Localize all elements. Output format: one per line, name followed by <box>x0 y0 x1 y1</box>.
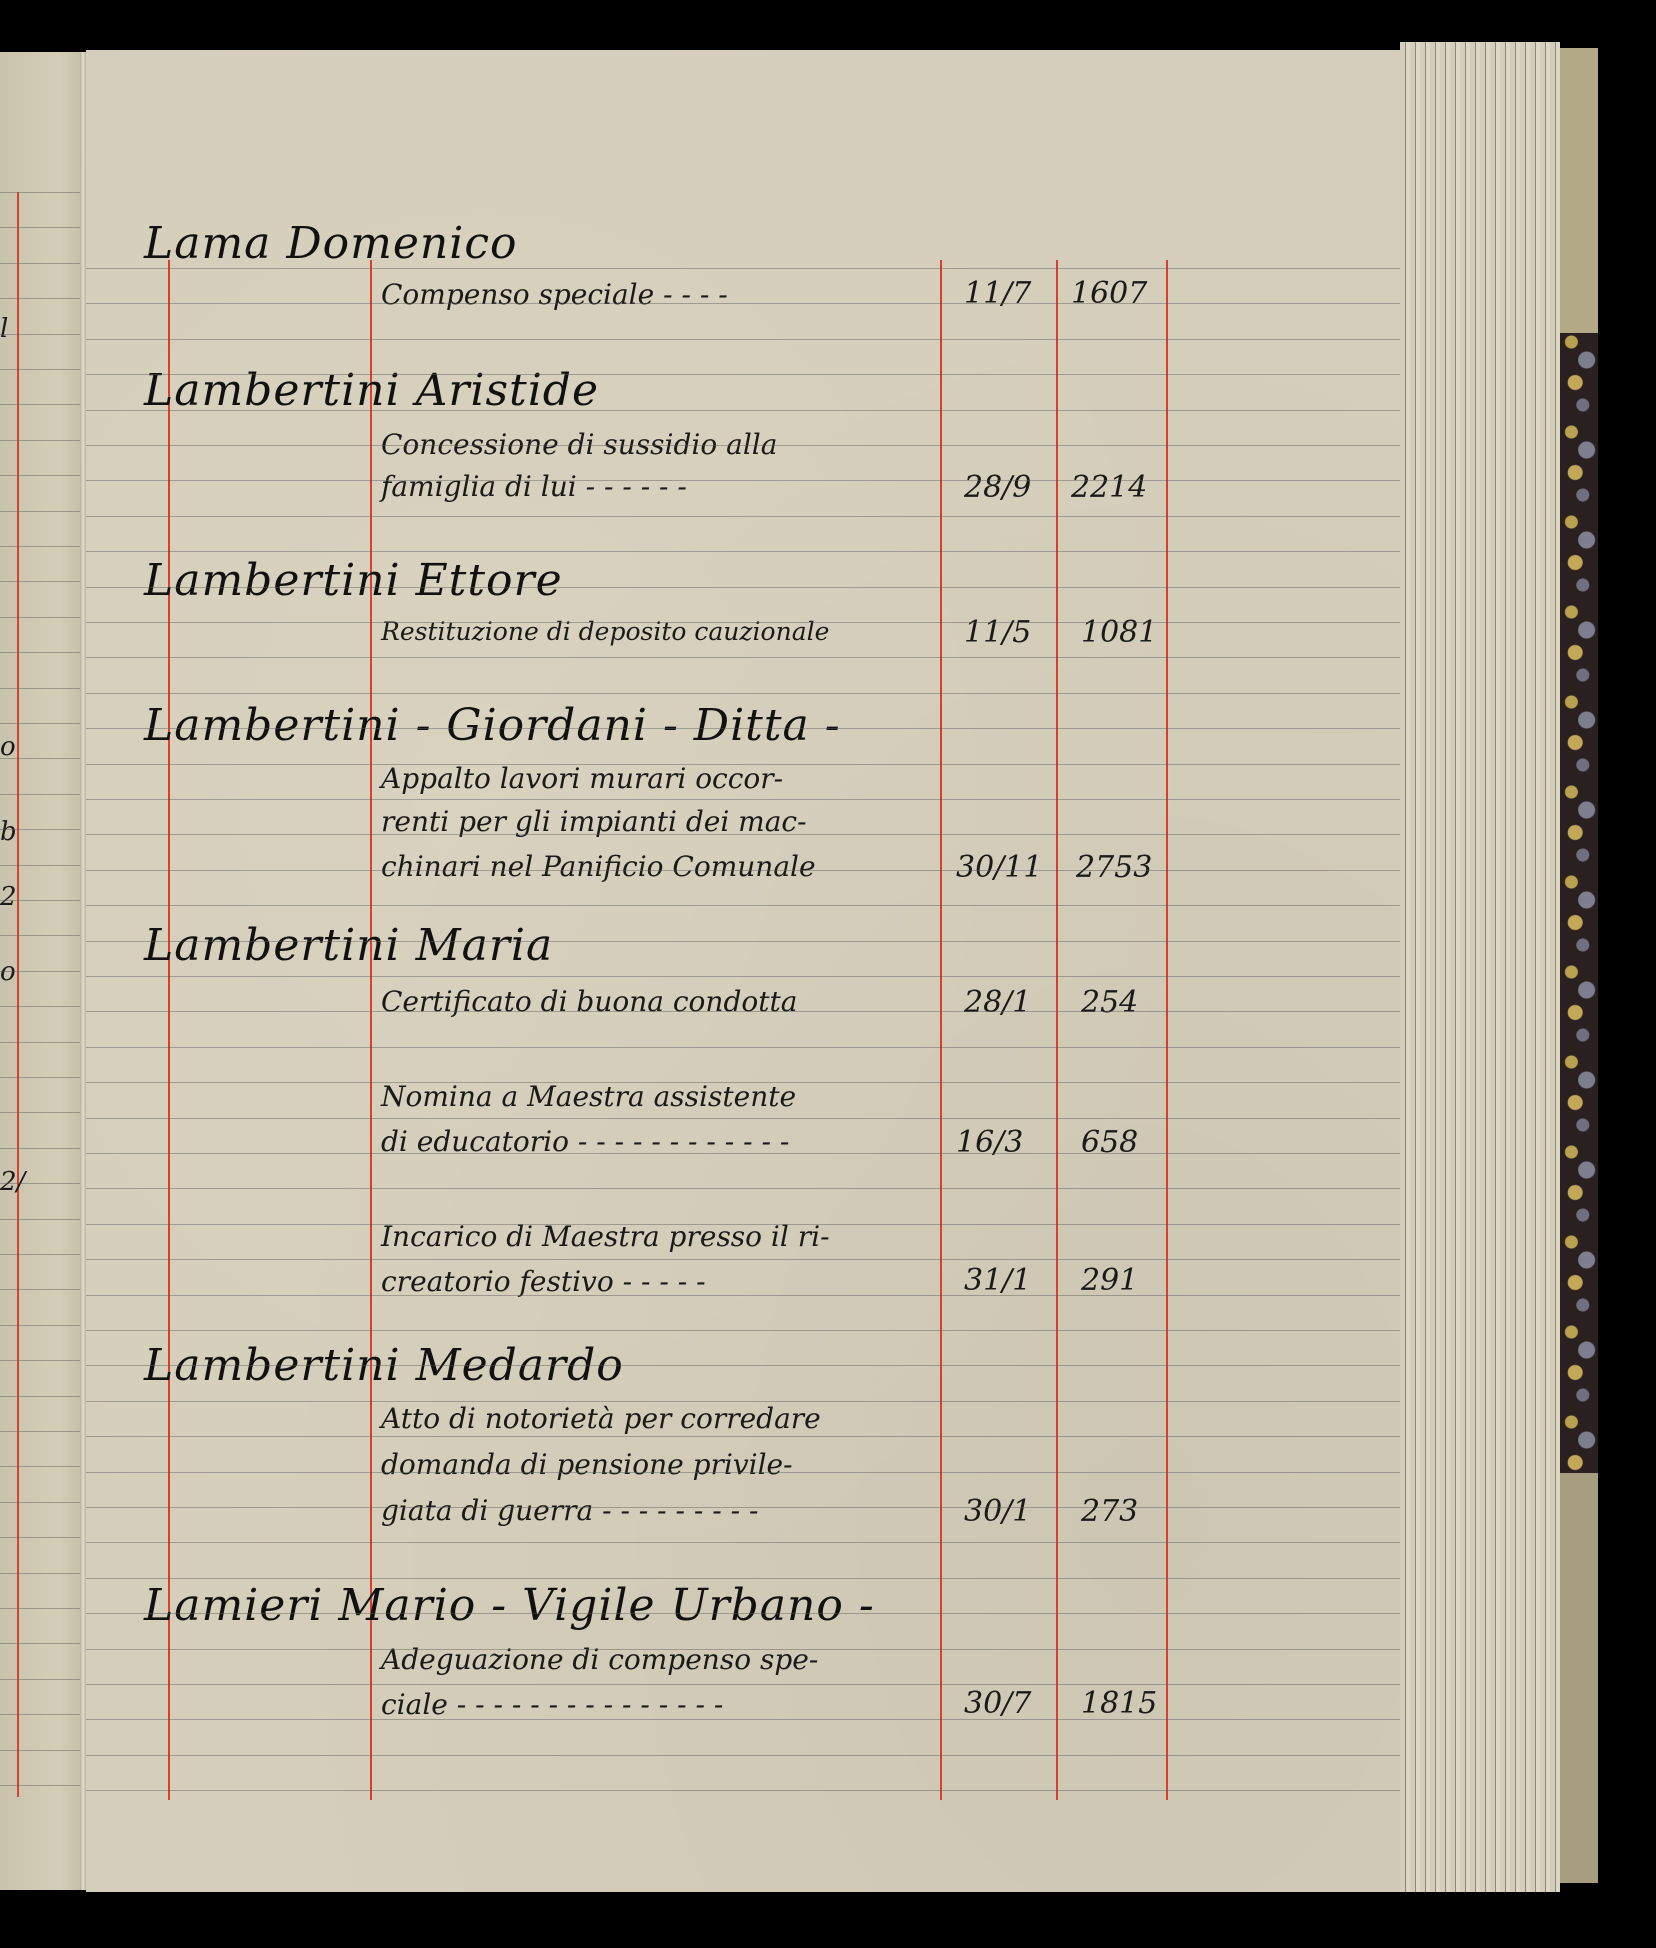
ruled-line <box>86 1188 1406 1189</box>
ruled-line <box>0 440 84 441</box>
ruled-line <box>0 263 84 264</box>
ruled-line <box>0 404 84 405</box>
entry-description: famiglia di lui - - - - - - <box>381 470 687 503</box>
ruled-line <box>86 622 1406 623</box>
ruled-line <box>86 1684 1406 1685</box>
cover-corner-bottom <box>1560 1473 1598 1883</box>
entry-number: 658 <box>1081 1125 1138 1160</box>
ruled-line <box>0 334 84 335</box>
ruled-line <box>86 445 1406 446</box>
entry-name: Lamieri Mario - Vigile Urbano - <box>144 1580 875 1631</box>
ruled-line <box>0 1148 84 1149</box>
entry-description: Nomina a Maestra assistente <box>381 1080 796 1113</box>
ruled-line <box>0 617 84 618</box>
entry-description: giata di guerra - - - - - - - - - <box>381 1494 758 1527</box>
ruled-line <box>86 657 1406 658</box>
page-stack-edges <box>1400 42 1560 1892</box>
ruled-line <box>86 516 1406 517</box>
entry-description: creatorio festivo - - - - - <box>381 1265 706 1298</box>
ruled-line <box>0 723 84 724</box>
ruled-line <box>0 192 84 193</box>
ruled-line <box>0 935 84 936</box>
entry-description: Compenso speciale - - - - <box>381 278 728 311</box>
ruled-line <box>86 339 1406 340</box>
ruled-line <box>0 1360 84 1361</box>
ruled-line <box>0 829 84 830</box>
entry-number: 291 <box>1081 1263 1138 1298</box>
ruled-line <box>0 652 84 653</box>
ruled-line <box>0 1254 84 1255</box>
ruled-line <box>0 900 84 901</box>
ruled-line <box>86 268 1406 269</box>
entry-name: Lambertini Maria <box>144 920 553 971</box>
entry-date: 30/11 <box>956 850 1042 885</box>
ruled-line <box>0 1289 84 1290</box>
entry-description: Appalto lavori murari occor- <box>381 762 783 795</box>
ruled-line <box>0 1537 84 1538</box>
ruled-line <box>86 728 1406 729</box>
ruled-line <box>86 1719 1406 1720</box>
cover-corner-top <box>1560 48 1598 333</box>
entry-description: Adeguazione di compenso spe- <box>381 1643 818 1676</box>
ruled-line <box>0 1679 84 1680</box>
ruled-line <box>86 693 1406 694</box>
ruled-line <box>0 794 84 795</box>
ruled-line <box>86 303 1406 304</box>
ruled-line <box>0 1112 84 1113</box>
ruled-line <box>86 1365 1406 1366</box>
ruled-line <box>86 1295 1406 1296</box>
ruled-line <box>86 1613 1406 1614</box>
left-page: l o b 2 o 2/ <box>0 52 84 1890</box>
ruled-line <box>86 1118 1406 1119</box>
left-page-mark: 2 <box>0 882 17 912</box>
ruled-line <box>86 941 1406 942</box>
ruled-line <box>86 976 1406 977</box>
left-page-mark: o <box>0 957 16 987</box>
ruled-line <box>86 1790 1406 1791</box>
ruled-line <box>0 758 84 759</box>
entry-number: 2214 <box>1071 470 1147 505</box>
entry-date: 28/1 <box>964 985 1031 1020</box>
column-rule-description <box>370 260 372 1800</box>
ruled-line <box>0 475 84 476</box>
ruled-line <box>0 1219 84 1220</box>
entry-name: Lambertini - Giordani - Ditta - <box>144 700 841 751</box>
ruled-line <box>86 1047 1406 1048</box>
ruled-line <box>86 1259 1406 1260</box>
entry-description: ciale - - - - - - - - - - - - - - - <box>381 1688 723 1721</box>
ruled-line <box>0 1077 84 1078</box>
ruled-line <box>0 1325 84 1326</box>
ruled-line <box>86 1436 1406 1437</box>
ruled-line <box>0 1183 84 1184</box>
ruled-line <box>86 905 1406 906</box>
ruled-line <box>86 1011 1406 1012</box>
ruled-line <box>0 227 84 228</box>
entry-date: 30/7 <box>964 1686 1031 1721</box>
entry-name: Lambertini Ettore <box>144 555 563 606</box>
entry-name: Lama Domenico <box>144 218 517 269</box>
ruled-line <box>0 511 84 512</box>
left-page-mark: l <box>0 314 8 344</box>
ruled-line <box>0 1785 84 1786</box>
ruled-line <box>0 865 84 866</box>
ruled-line <box>86 480 1406 481</box>
entry-number: 273 <box>1081 1494 1138 1529</box>
ruled-line <box>86 1330 1406 1331</box>
ruled-line <box>0 1042 84 1043</box>
ruled-line <box>0 1573 84 1574</box>
ruled-line <box>86 870 1406 871</box>
ruled-line <box>86 1507 1406 1508</box>
entry-date: 16/3 <box>956 1125 1023 1160</box>
ruled-line <box>0 1502 84 1503</box>
entry-number: 1607 <box>1071 276 1147 311</box>
column-rule-date <box>940 260 942 1800</box>
left-page-mark: b <box>0 817 17 847</box>
marbled-cover <box>1560 333 1598 1473</box>
ruled-line <box>86 1578 1406 1579</box>
entry-description: Certificato di buona condotta <box>381 985 797 1018</box>
ruled-line <box>86 587 1406 588</box>
ruled-line <box>0 369 84 370</box>
ruled-line <box>86 764 1406 765</box>
ruled-line <box>0 298 84 299</box>
entry-number: 1815 <box>1081 1686 1157 1721</box>
ruled-line <box>86 1542 1406 1543</box>
left-page-margin-rule <box>17 192 19 1797</box>
ruled-line <box>86 1082 1406 1083</box>
register-page: Lama Domenico Compenso speciale - - - - … <box>86 50 1406 1892</box>
ruled-line <box>0 1431 84 1432</box>
ruled-line <box>86 551 1406 552</box>
column-rule-name <box>168 260 170 1800</box>
ruled-line <box>0 1750 84 1751</box>
entry-date: 11/7 <box>964 276 1031 311</box>
ruled-line <box>0 1643 84 1644</box>
entry-date: 31/1 <box>964 1263 1031 1298</box>
ruled-line <box>86 410 1406 411</box>
ruled-line <box>86 1755 1406 1756</box>
ruled-line <box>86 834 1406 835</box>
ruled-line <box>0 1396 84 1397</box>
entry-description: chinari nel Panificio Comunale <box>381 850 816 883</box>
entry-number: 254 <box>1081 985 1138 1020</box>
entry-description: domanda di pensione privile- <box>381 1448 793 1481</box>
ruled-line <box>86 1649 1406 1650</box>
entry-date: 30/1 <box>964 1494 1031 1529</box>
entry-number: 1081 <box>1081 615 1157 650</box>
ruled-line <box>86 374 1406 375</box>
entry-number: 2753 <box>1076 850 1152 885</box>
column-rule-number <box>1056 260 1058 1800</box>
ruled-line <box>0 581 84 582</box>
ruled-line <box>0 688 84 689</box>
ruled-line <box>86 1472 1406 1473</box>
entry-date: 11/5 <box>964 615 1031 650</box>
ruled-line <box>0 1466 84 1467</box>
entry-name: Lambertini Aristide <box>144 365 599 416</box>
entry-date: 28/9 <box>964 470 1031 505</box>
ruled-line <box>86 1401 1406 1402</box>
left-page-mark: 2/ <box>0 1167 25 1197</box>
ruled-line <box>0 1006 84 1007</box>
ruled-line <box>0 971 84 972</box>
ruled-line <box>86 1224 1406 1225</box>
ruled-line <box>0 546 84 547</box>
ruled-line <box>0 1608 84 1609</box>
entry-description: Atto di notorietà per corredare <box>381 1402 821 1435</box>
ruled-line <box>0 1714 84 1715</box>
ruled-line <box>86 1153 1406 1154</box>
ruled-line <box>86 799 1406 800</box>
column-rule-end <box>1166 260 1168 1800</box>
